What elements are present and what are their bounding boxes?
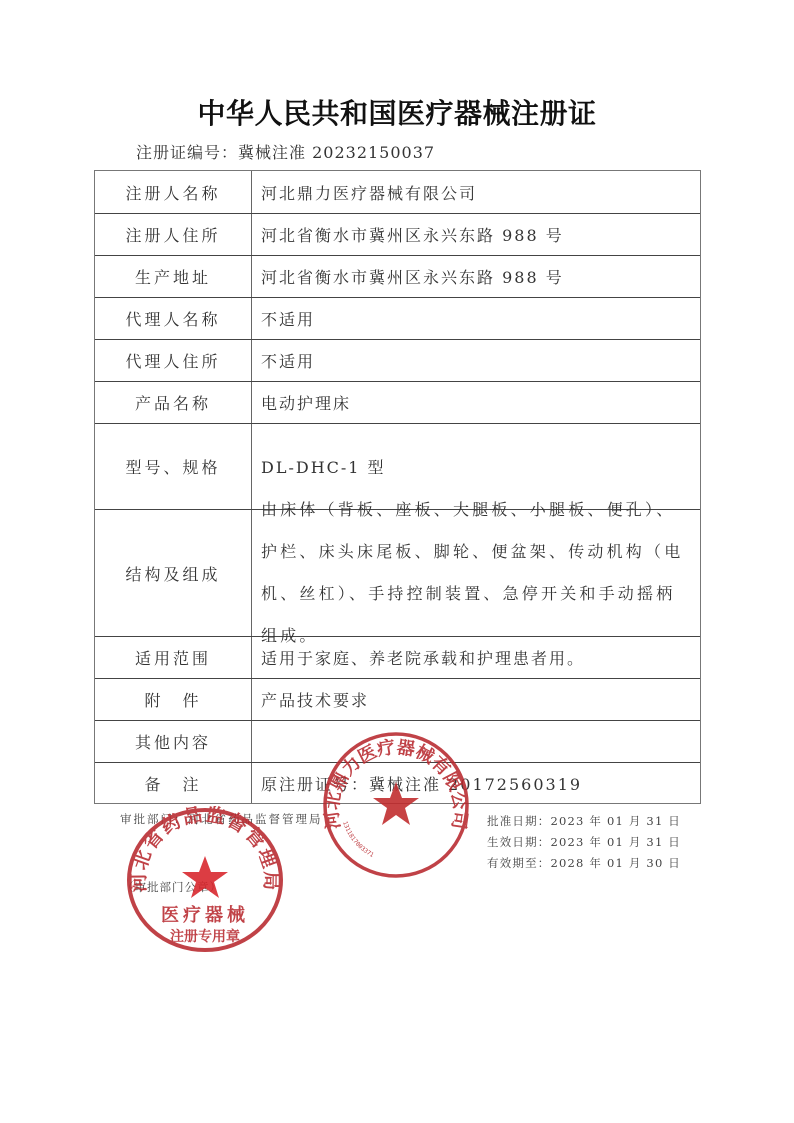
- row-label: 结构及组成: [95, 510, 252, 636]
- company-seal-code: 1311817003371: [341, 820, 375, 859]
- table-row-product-name: 产品名称 电动护理床: [95, 381, 700, 423]
- row-value: 由床体（背板、座板、大腿板、小腿板、便孔）、护栏、床头床尾板、脚轮、便盆架、传动…: [252, 510, 700, 636]
- row-label: 代理人名称: [95, 298, 252, 339]
- cert-number-label: 注册证编号：: [136, 143, 238, 162]
- row-label: 附 件: [95, 679, 252, 720]
- table-row-agent-address: 代理人住所 不适用: [95, 339, 700, 381]
- row-label: 生产地址: [95, 256, 252, 297]
- row-value: 不适用: [252, 298, 700, 339]
- authority-seal-center-1: 医疗器械: [161, 904, 249, 926]
- effective-date: 生效日期：2023 年 01 月 31 日: [487, 832, 681, 853]
- approval-date: 批准日期：2023 年 01 月 31 日: [487, 811, 681, 832]
- date-block: 批准日期：2023 年 01 月 31 日 生效日期：2023 年 01 月 3…: [487, 811, 681, 874]
- row-value: 不适用: [252, 340, 700, 381]
- structure-text: 由床体（背板、座板、大腿板、小腿板、便孔）、护栏、床头床尾板、脚轮、便盆架、传动…: [261, 489, 700, 657]
- table-row-other: 其他内容: [95, 720, 700, 762]
- table-row-scope: 适用范围 适用于家庭、养老院承载和护理患者用。: [95, 636, 700, 678]
- valid-until-date: 有效期至：2028 年 01 月 30 日: [487, 853, 681, 874]
- svg-text:1311817003371: 1311817003371: [341, 820, 375, 859]
- row-value: 产品技术要求: [252, 679, 700, 720]
- row-value: 河北鼎力医疗器械有限公司: [252, 171, 700, 213]
- row-label: 注册人住所: [95, 214, 252, 255]
- table-row-attachment: 附 件 产品技术要求: [95, 678, 700, 720]
- table-row-registrant-address: 注册人住所 河北省衡水市冀州区永兴东路 988 号: [95, 213, 700, 255]
- row-label: 型号、规格: [95, 424, 252, 509]
- authority-seal-center-2: 注册专用章: [170, 928, 240, 945]
- table-row-remarks: 备 注 原注册证号：冀械注准 20172560319: [95, 762, 700, 803]
- seal-note: （审批部门公章）: [122, 879, 222, 895]
- registration-table: 注册人名称 河北鼎力医疗器械有限公司 注册人住所 河北省衡水市冀州区永兴东路 9…: [94, 170, 701, 804]
- row-label: 产品名称: [95, 382, 252, 423]
- row-value: [252, 721, 700, 762]
- row-label: 其他内容: [95, 721, 252, 762]
- row-value: 原注册证号：冀械注准 20172560319: [252, 763, 700, 803]
- approval-department: 审批部门：河北省药品监督管理局: [120, 811, 323, 827]
- row-value: 适用于家庭、养老院承载和护理患者用。: [252, 637, 700, 678]
- row-label: 备 注: [95, 763, 252, 803]
- row-value: 河北省衡水市冀州区永兴东路 988 号: [252, 214, 700, 255]
- row-label: 适用范围: [95, 637, 252, 678]
- table-row-agent-name: 代理人名称 不适用: [95, 297, 700, 339]
- cert-number-value: 冀械注准 20232150037: [238, 143, 435, 162]
- table-row-structure: 结构及组成 由床体（背板、座板、大腿板、小腿板、便孔）、护栏、床头床尾板、脚轮、…: [95, 509, 700, 636]
- row-label: 代理人住所: [95, 340, 252, 381]
- row-value: 河北省衡水市冀州区永兴东路 988 号: [252, 256, 700, 297]
- document-title: 中华人民共和国医疗器械注册证: [0, 92, 794, 132]
- table-row-registrant-name: 注册人名称 河北鼎力医疗器械有限公司: [95, 171, 700, 213]
- cert-number-line: 注册证编号：冀械注准 20232150037: [136, 140, 435, 163]
- table-row-production-address: 生产地址 河北省衡水市冀州区永兴东路 988 号: [95, 255, 700, 297]
- row-label: 注册人名称: [95, 171, 252, 213]
- row-value: 电动护理床: [252, 382, 700, 423]
